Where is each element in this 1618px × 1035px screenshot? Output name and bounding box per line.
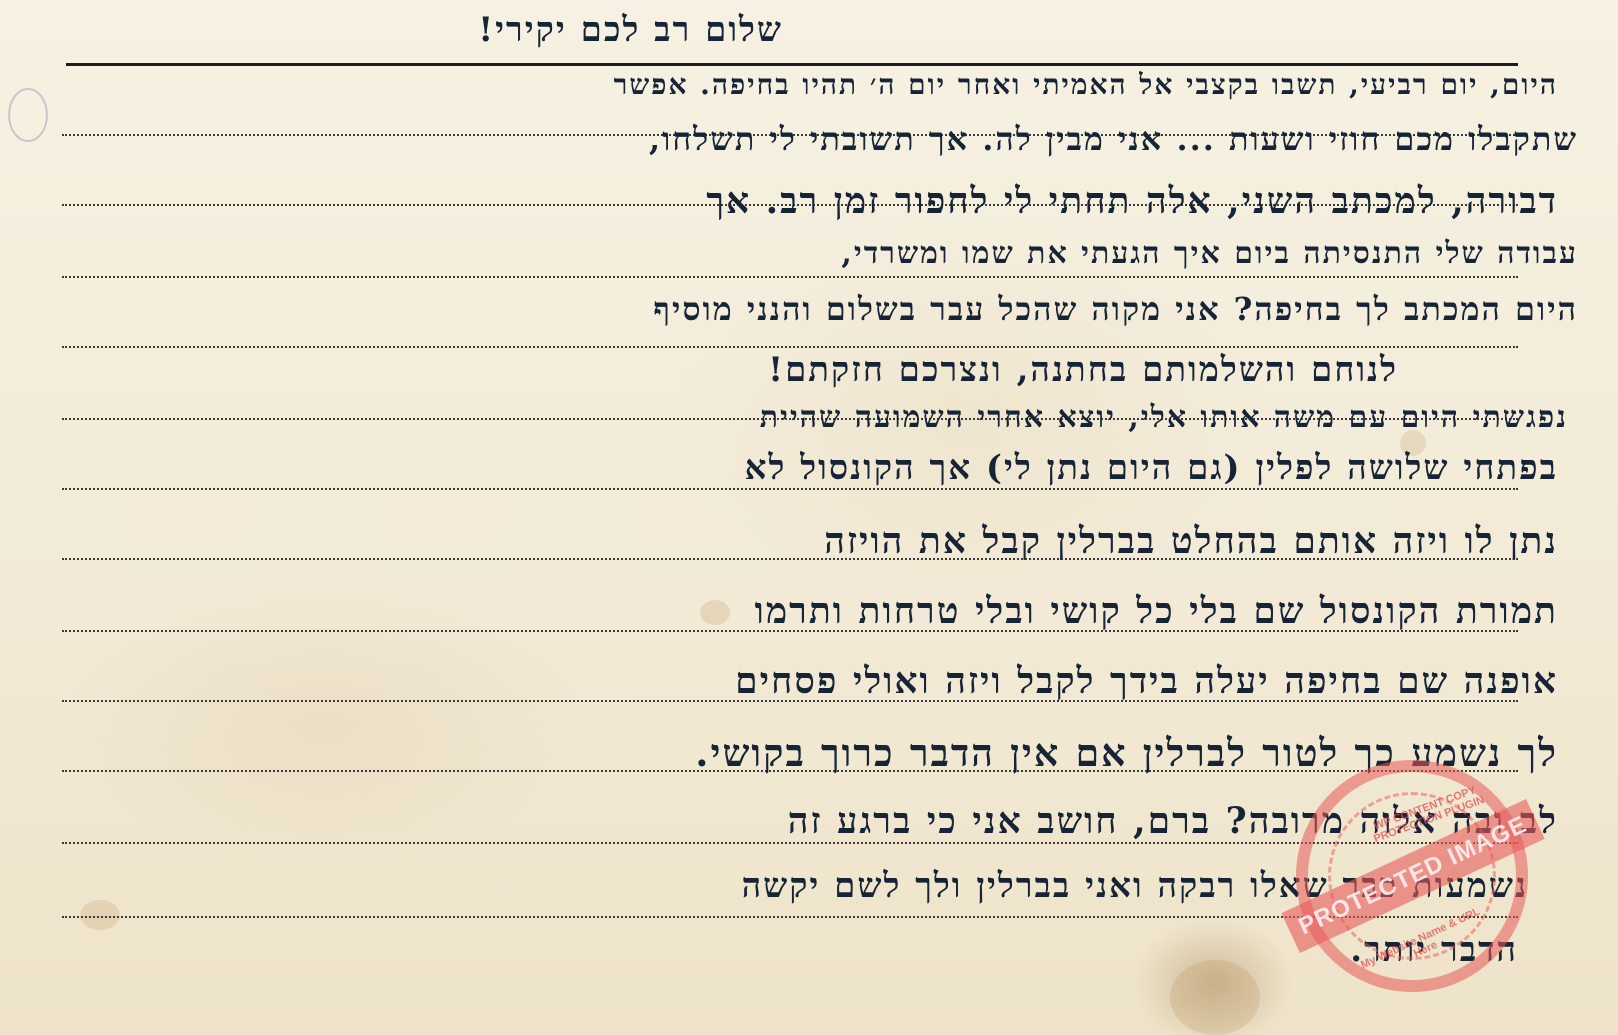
text-line: נתן לו ויזה אותם בהחלט בברלין קבל את הוי… [824,520,1558,562]
text-line: בפתחי שלושה לפלין (גם היום נתן לי) אך הק… [745,448,1558,488]
text-line: אופנה שם בחיפה יעלה בידך לקבל ויזה ואולי… [735,660,1558,702]
text-line: תמורת הקונסול שם בלי כל קושי ובלי טרחות … [755,590,1558,632]
text-line: שתקבלו מכם חוזי ושעות ... אני מבין לה. א… [649,120,1578,158]
protection-watermark-stamp: WP CONTENT COPY PROTECTION PLUGIN PROTEC… [1296,760,1528,992]
text-line: היום המכתב לך בחיפה? אני מקוה שהכל עבר ב… [653,290,1578,328]
text-line: לנוחם והשלמותם בחתנה, ונצרכם חזקתם! [768,350,1398,390]
stain [1170,960,1260,1035]
ruled-line [62,346,1518,348]
text-line: עבודה שלי התנסיתה ביום איך הגעתי את שמו … [841,236,1578,271]
ruled-line [62,488,1518,490]
header-rule [66,63,1518,66]
text-line: היום, יום רביעי, תשבו בקצבי אל האמיתי וא… [614,68,1558,102]
stain [700,600,730,625]
postcard: שלום רב לכם יקירי! היום, יום רביעי, תשבו… [0,0,1618,1035]
faint-postmark-icon [8,88,48,142]
stain [80,900,120,930]
text-line: נפגשתי היום עם משה אותו אלי, יוצא אחרי ה… [760,400,1568,435]
text-line: דבורה, למכתב השני, אלה תחתי לי לחפור זמן… [706,180,1558,222]
greeting-line: שלום רב לכם יקירי! [478,10,783,50]
ruled-line [62,276,1518,278]
